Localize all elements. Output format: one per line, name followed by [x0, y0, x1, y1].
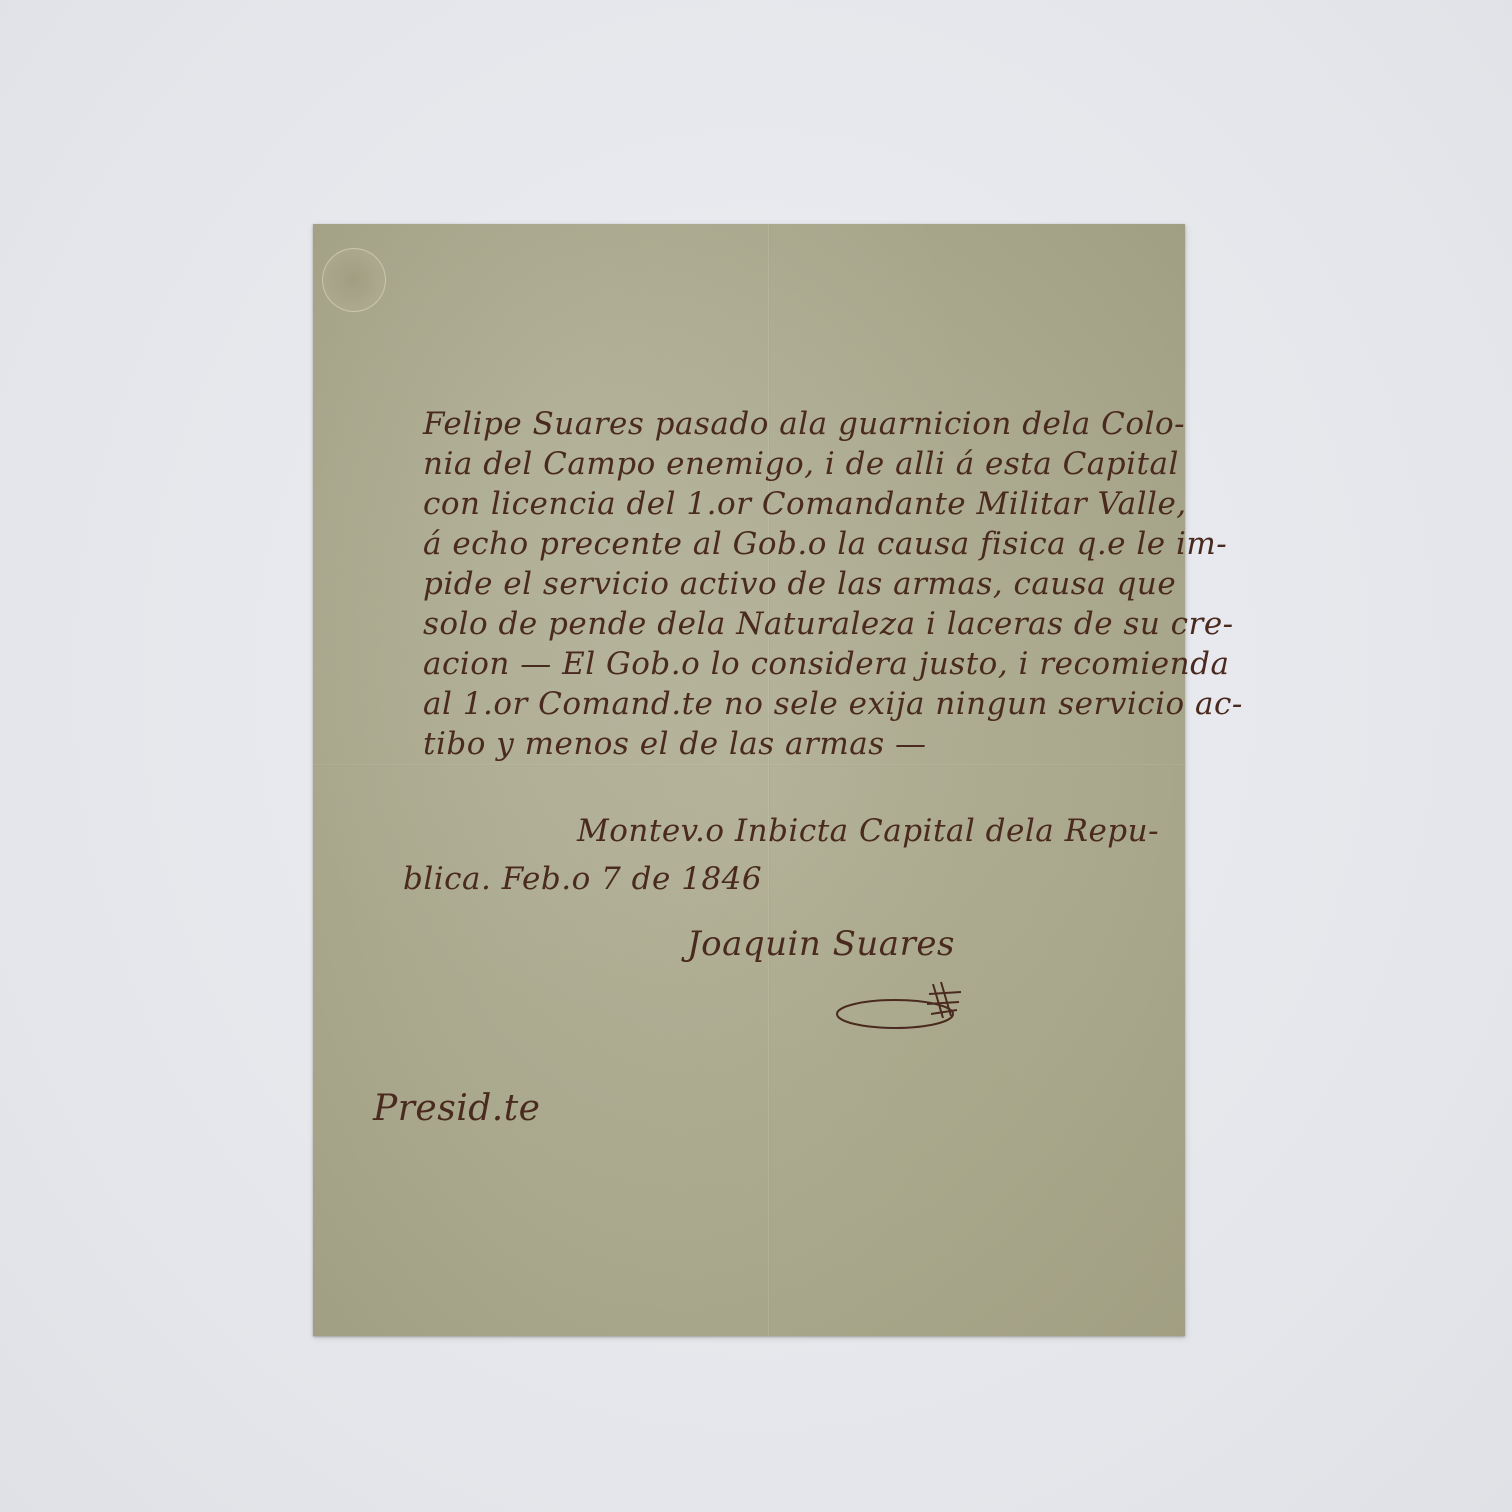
letter-body: Felipe Suares pasado ala guarnicion dela…	[423, 404, 1183, 764]
embossed-seal-icon	[322, 248, 386, 312]
body-line: al 1.or Comand.te no sele exija ningun s…	[423, 684, 1183, 724]
signature: Joaquin Suares	[687, 924, 955, 964]
horizontal-fold-line	[313, 764, 1185, 766]
body-line: acion — El Gob.o lo considera justo, i r…	[423, 644, 1183, 684]
addressee: Presid.te	[373, 1088, 540, 1129]
body-line: con licencia del 1.or Comandante Militar…	[423, 484, 1183, 524]
body-line: nia del Campo enemigo, i de alli á esta …	[423, 444, 1183, 484]
letter-paper: Felipe Suares pasado ala guarnicion dela…	[313, 224, 1185, 1336]
dateline-place: Montev.o Inbicta Capital dela Repu-	[403, 807, 1183, 855]
body-line: tibo y menos el de las armas —	[423, 724, 1183, 764]
vertical-fold-line	[768, 224, 770, 1336]
body-line: Felipe Suares pasado ala guarnicion dela…	[423, 404, 1183, 444]
body-line: á echo precente al Gob.o la causa fisica…	[423, 524, 1183, 564]
body-line: solo de pende dela Naturaleza i laceras …	[423, 604, 1183, 644]
dateline-date: blica. Feb.o 7 de 1846	[403, 855, 1183, 903]
dateline: Montev.o Inbicta Capital dela Repu- blic…	[403, 807, 1183, 903]
body-line: pide el servicio activo de las armas, ca…	[423, 564, 1183, 604]
signature-flourish-icon	[833, 974, 973, 1034]
